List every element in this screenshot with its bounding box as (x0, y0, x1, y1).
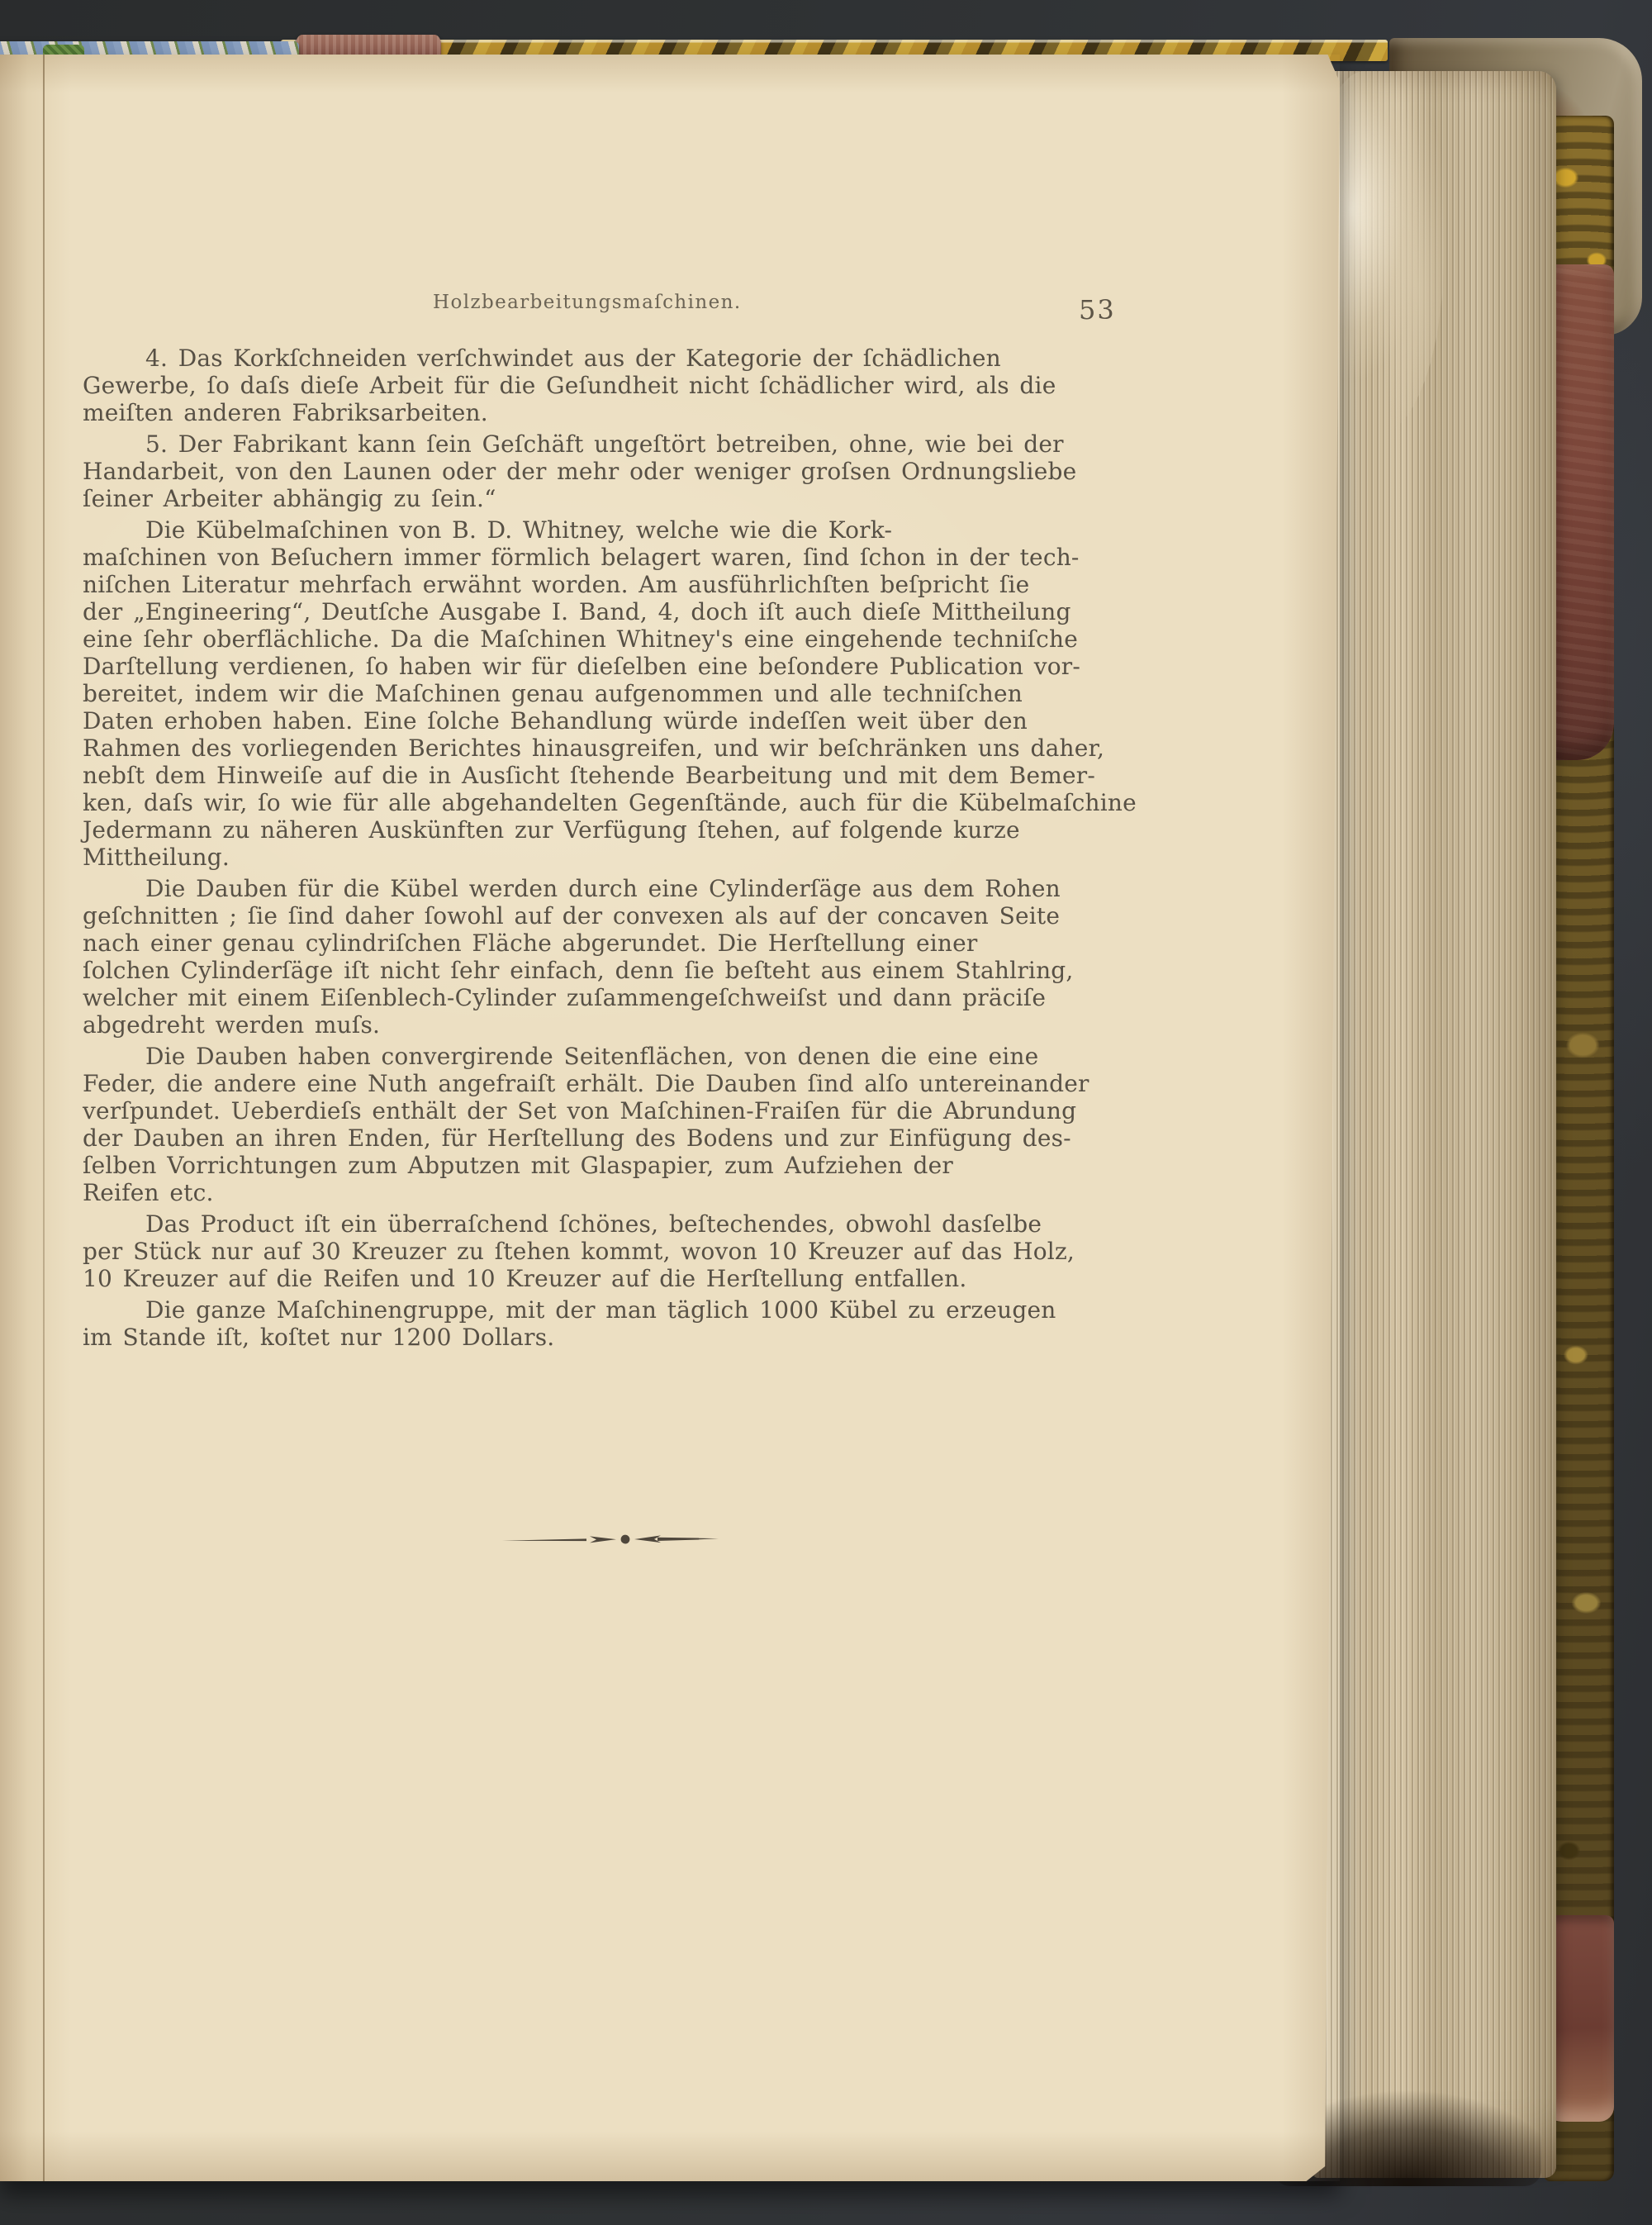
running-header: Holzbearbeitungsmaſchinen. (433, 292, 742, 313)
book-page: Holzbearbeitungsmaſchinen. 53 4. Das Kor… (0, 55, 1340, 2181)
text-line: nebſt dem Hinweiſe auf die in Ausſicht ſ… (83, 762, 1145, 789)
text-line: 5. Der Fabrikant kann ſein Geſchäft unge… (83, 430, 1145, 458)
text-line: Die ganze Maſchinengruppe, mit der man t… (83, 1296, 1145, 1324)
paragraph: Die ganze Maſchinengruppe, mit der man t… (83, 1296, 1145, 1351)
text-line: 10 Kreuzer auf die Reifen und 10 Kreuzer… (83, 1265, 1145, 1292)
text-line: nach einer genau cylindriſchen Fläche ab… (83, 929, 1145, 957)
text-line: Rahmen des vorliegenden Berichtes hinaus… (83, 735, 1145, 762)
text-line: niſchen Literatur mehrfach erwähnt worde… (83, 571, 1145, 598)
page-gutter-crease (43, 55, 45, 2181)
text-line: eine ſehr oberflächliche. Da die Maſchin… (83, 625, 1145, 653)
text-line: 4. Das Korkſchneiden verſchwindet aus de… (83, 345, 1145, 372)
text-line: der Dauben an ihren Enden, für Herſtellu… (83, 1124, 1145, 1152)
text-line: im Stande iſt, koſtet nur 1200 Dollars. (83, 1324, 1145, 1351)
text-line: Das Product iſt ein überraſchend ſchönes… (83, 1210, 1145, 1238)
text-line: meiſten anderen Fabriksarbeiten. (83, 399, 1145, 426)
text-line: ken, daſs wir, ſo wie für alle abgehande… (83, 789, 1145, 816)
text-line: ſelben Vorrichtungen zum Abputzen mit Gl… (83, 1152, 1145, 1179)
text-line: Die Kübelmaſchinen von B. D. Whitney, we… (83, 516, 1145, 544)
text-line: Feder, die andere eine Nuth angefraiſt e… (83, 1070, 1145, 1097)
paragraph: Die Kübelmaſchinen von B. D. Whitney, we… (83, 516, 1145, 871)
book-scan-scene: Holzbearbeitungsmaſchinen. 53 4. Das Kor… (0, 0, 1652, 2225)
paragraph: 5. Der Fabrikant kann ſein Geſchäft unge… (83, 430, 1145, 512)
text-line: per Stück nur auf 30 Kreuzer zu ſtehen k… (83, 1238, 1145, 1265)
text-line: Handarbeit, von den Launen oder der mehr… (83, 458, 1145, 485)
text-line: Jedermann zu näheren Auskünften zur Verf… (83, 816, 1145, 844)
paragraph: Das Product iſt ein überraſchend ſchönes… (83, 1210, 1145, 1292)
text-line: Daten erhoben haben. Eine ſolche Behandl… (83, 707, 1145, 735)
text-line: ſolchen Cylinderſäge iſt nicht ſehr einf… (83, 957, 1145, 984)
page-edges-stack (1312, 71, 1556, 2178)
text-line: maſchinen von Beſuchern immer förmlich b… (83, 544, 1145, 571)
text-line: Reifen etc. (83, 1179, 1145, 1206)
text-line: welcher mit einem Eiſenblech-Cylinder zu… (83, 984, 1145, 1011)
text-line: Mittheilung. (83, 844, 1145, 871)
text-line: Darſtellung verdienen, ſo haben wir für … (83, 653, 1145, 680)
text-line: Gewerbe, ſo daſs dieſe Arbeit für die Ge… (83, 372, 1145, 399)
paragraph: Die Dauben für die Kübel werden durch ei… (83, 875, 1145, 1039)
text-line: abgedreht werden muſs. (83, 1011, 1145, 1039)
text-line: Die Dauben haben convergirende Seitenflä… (83, 1043, 1145, 1070)
text-line: bereitet, indem wir die Maſchinen genau … (83, 680, 1145, 707)
paragraph: 4. Das Korkſchneiden verſchwindet aus de… (83, 345, 1145, 426)
divider-ornament (501, 1529, 720, 1549)
page-number: 53 (1079, 294, 1116, 326)
text-line: der „Engineering“, Deutſche Ausgabe I. B… (83, 598, 1145, 625)
text-line: verſpundet. Ueberdieſs enthält der Set v… (83, 1097, 1145, 1124)
text-line: ſeiner Arbeiter abhängig zu ſein.“ (83, 485, 1145, 512)
paragraph: Die Dauben haben convergirende Seitenflä… (83, 1043, 1145, 1206)
text-line: Die Dauben für die Kübel werden durch ei… (83, 875, 1145, 902)
text-line: geſchnitten ; ſie ſind daher ſowohl auf … (83, 902, 1145, 929)
body-text: 4. Das Korkſchneiden verſchwindet aus de… (83, 345, 1145, 1351)
